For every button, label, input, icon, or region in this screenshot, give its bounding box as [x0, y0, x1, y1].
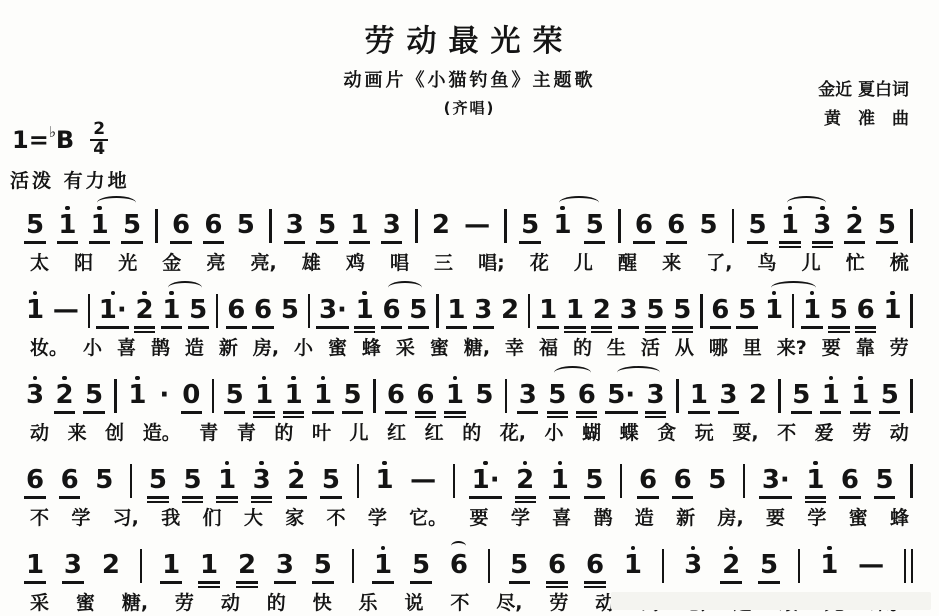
note-glyph: 5	[521, 211, 539, 239]
note-glyph: 5	[409, 296, 427, 324]
note-token: 5	[699, 201, 717, 239]
note-token: 5	[521, 201, 539, 244]
note-token: 6	[635, 201, 653, 244]
note-glyph: 1	[851, 381, 869, 409]
note-token: 6	[548, 541, 566, 588]
note-token: 5	[760, 541, 778, 584]
duration-underline	[605, 411, 638, 414]
lyric-syllable: 造	[185, 333, 204, 360]
duration-underline	[549, 496, 570, 499]
barline	[357, 464, 360, 498]
lyric-syllable: 说	[404, 588, 423, 615]
lyric-syllable: 光	[118, 248, 137, 275]
note-glyph: 1	[551, 466, 569, 494]
lyric-syllable: 大	[244, 503, 263, 530]
barline	[676, 379, 679, 413]
duration-underline	[576, 416, 597, 419]
music-system-3: 3251·05111566153565·31325115动来创造。青青的叶儿红红…	[26, 371, 913, 445]
note-glyph: 2	[516, 466, 534, 494]
note-glyph: 5	[646, 296, 664, 324]
note-glyph: 5	[183, 466, 201, 494]
note-glyph: 5	[749, 211, 767, 239]
barline	[662, 549, 665, 583]
duration-underline	[284, 241, 305, 244]
duration-underline	[720, 581, 741, 584]
note-glyph: 2	[136, 296, 154, 324]
note-glyph: 1	[624, 551, 642, 579]
duration-underline	[251, 496, 272, 499]
duration-underline	[672, 496, 693, 499]
lyric-syllable: 要	[469, 503, 488, 530]
note-token: 1	[539, 286, 557, 329]
note-token: 6	[674, 456, 692, 499]
duration-underline	[161, 326, 182, 329]
note-glyph: 5	[281, 296, 299, 324]
notation-row: 3251·05111566153565·31325115	[26, 371, 913, 417]
note-token: 5	[830, 286, 848, 333]
note-token: 5	[344, 371, 362, 414]
note-glyph: 2	[722, 551, 740, 579]
note-token: —	[53, 286, 79, 324]
note-token: 1	[356, 286, 374, 333]
note-token: 1	[690, 371, 708, 414]
lyric-syllable: 不	[777, 418, 796, 445]
note-token: 6	[26, 456, 44, 499]
barline	[743, 464, 746, 498]
barline	[352, 549, 355, 583]
key-and-meter-row: 1=♭B24	[12, 120, 939, 160]
note-glyph: 5	[475, 381, 493, 409]
note-glyph: 2	[102, 551, 120, 579]
lyric-syllable: 生	[607, 333, 626, 360]
music-system-4: 6655513251—1·2156653·165不学习,我们大家不学它。要学喜鹊…	[26, 456, 913, 530]
note-glyph: —	[53, 296, 79, 324]
note-token: 5	[318, 201, 336, 244]
barline	[505, 379, 508, 413]
barline	[88, 294, 91, 328]
lyric-syllable: 蜜	[849, 503, 868, 530]
note-glyph: —	[410, 466, 436, 494]
music-system-1: 511566535132—51566551325太阳光金亮亮,雄鸡唱三唱;花儿醒…	[26, 201, 913, 275]
duration-underline	[57, 241, 78, 244]
duration-underline	[182, 496, 203, 499]
lyric-syllable: 小	[294, 333, 313, 360]
note-token: 6	[254, 286, 272, 329]
lyric-syllable: 小	[83, 333, 102, 360]
duration-underline	[537, 326, 558, 329]
duration-underline	[618, 326, 639, 329]
duration-underline	[779, 246, 800, 249]
duration-underline	[519, 241, 540, 244]
note-glyph: 3	[383, 211, 401, 239]
note-token: 2	[238, 541, 256, 588]
note-token: —	[464, 201, 490, 239]
duration-underline	[251, 501, 272, 504]
lyric-syllable: 动	[890, 418, 909, 445]
duration-underline	[316, 241, 337, 244]
duration-underline	[236, 586, 257, 589]
note-glyph: 1	[539, 296, 557, 324]
scan-artifact	[611, 592, 931, 610]
duration-underline	[517, 411, 538, 414]
note-glyph: 5	[586, 211, 604, 239]
duration-underline	[444, 416, 465, 419]
duration-underline	[134, 331, 155, 334]
note-token: 5	[281, 286, 299, 324]
lyric-syllable: 的	[462, 418, 481, 445]
note-token: 3	[474, 286, 492, 329]
note-glyph: 6	[711, 296, 729, 324]
duration-underline	[342, 411, 363, 414]
note-glyph: 5	[85, 381, 103, 409]
note-token: 5	[322, 456, 340, 499]
lyric-syllable: 鹊	[151, 333, 170, 360]
note-glyph: 1	[128, 381, 146, 409]
note-glyph: ·	[159, 381, 169, 409]
duration-underline	[876, 241, 897, 244]
lyric-syllable: 活	[641, 333, 660, 360]
lyric-syllable: 亮	[206, 248, 225, 275]
duration-underline	[283, 411, 304, 414]
lyric-syllable: 青	[237, 418, 256, 445]
lyric-syllable: 红	[387, 418, 406, 445]
note-token: 2	[593, 286, 611, 333]
note-token: 5	[475, 371, 493, 409]
note-glyph: 1	[765, 296, 783, 324]
note-token: 5	[149, 456, 167, 503]
lyric-syllable: 青	[199, 418, 218, 445]
note-token: 1	[806, 456, 824, 503]
duration-underline	[24, 241, 45, 244]
note-glyph: 3	[474, 296, 492, 324]
slur-arc	[168, 281, 201, 294]
lyric-syllable: 金	[162, 248, 181, 275]
lyric-syllable: 鹊	[593, 503, 612, 530]
slur-arc	[559, 196, 598, 209]
duration-underline	[855, 331, 876, 334]
duration-underline	[546, 586, 567, 589]
note-token: 6	[841, 456, 859, 499]
lyric-syllable: 动	[221, 588, 240, 615]
lyric-syllable: 贪	[657, 418, 676, 445]
duration-underline	[584, 241, 605, 244]
note-token: 3	[519, 371, 537, 414]
duration-underline	[828, 331, 849, 334]
duration-underline	[147, 496, 168, 499]
barline	[700, 294, 703, 328]
key-signature: 1=♭B24	[12, 121, 108, 159]
duration-underline	[253, 411, 274, 414]
lyric-syllable: 儿	[574, 248, 593, 275]
note-token: 1	[566, 286, 584, 333]
barline	[308, 294, 311, 328]
duration-underline	[381, 326, 402, 329]
duration-underline	[253, 416, 274, 419]
note-token: 3	[383, 201, 401, 244]
note-glyph: 1	[350, 211, 368, 239]
note-glyph: 6	[857, 296, 875, 324]
note-glyph: 6	[204, 211, 222, 239]
note-token: 5	[95, 456, 113, 494]
note-glyph: 6	[172, 211, 190, 239]
note-glyph: 3	[286, 211, 304, 239]
note-token: 3·	[319, 286, 347, 329]
note-glyph: 2	[287, 466, 305, 494]
lyric-syllable: 爱	[815, 418, 834, 445]
lyric-syllable: 采	[30, 588, 49, 615]
duration-underline	[216, 496, 237, 499]
note-token: 6	[416, 371, 434, 418]
notation-row: 511566535132—51566551325	[26, 201, 913, 247]
duration-underline	[236, 581, 257, 584]
duration-underline	[672, 331, 693, 334]
lyric-syllable: 阳	[74, 248, 93, 275]
duration-underline	[591, 331, 612, 334]
duration-underline	[791, 411, 812, 414]
note-glyph: 5	[876, 466, 894, 494]
duration-underline	[547, 416, 568, 419]
lyric-syllable: 蝶	[620, 418, 639, 445]
duration-underline	[718, 411, 739, 414]
note-glyph: 6	[667, 211, 685, 239]
lyric-syllable: 房,	[717, 503, 743, 530]
lyric-syllable: 学	[368, 503, 387, 530]
lyric-syllable: 新	[676, 503, 695, 530]
lyric-syllable: 的	[267, 588, 286, 615]
note-token: 1·	[99, 286, 127, 329]
barline	[114, 379, 117, 413]
lyric-syllable: 要	[766, 503, 785, 530]
song-title: 劳动最光荣	[0, 16, 939, 60]
duration-underline	[316, 326, 349, 329]
duration-underline	[736, 326, 757, 329]
note-glyph: 1	[285, 381, 303, 409]
note-token: 6	[586, 541, 604, 588]
note-glyph: 1	[883, 296, 901, 324]
lyric-syllable: 它。	[409, 503, 447, 530]
lyric-syllable: 采	[396, 333, 415, 360]
note-token: 1	[820, 541, 838, 579]
note-glyph: 3	[647, 381, 665, 409]
barline	[504, 209, 507, 243]
duration-underline	[576, 411, 597, 414]
note-token: 2	[136, 286, 154, 333]
duration-underline	[181, 411, 202, 414]
duration-underline	[312, 411, 333, 414]
barline	[453, 464, 456, 498]
lyric-syllable: 红	[425, 418, 444, 445]
duration-underline	[820, 411, 841, 414]
duration-underline	[226, 326, 247, 329]
lyric-syllable: 造。	[143, 418, 181, 445]
note-glyph: 6	[416, 381, 434, 409]
duration-underline	[312, 581, 333, 584]
duration-underline	[779, 241, 800, 244]
duration-underline	[801, 326, 822, 329]
lyric-syllable: 快	[313, 588, 332, 615]
lyric-syllable: 蜜	[430, 333, 449, 360]
lyric-syllable: 小	[545, 418, 564, 445]
lyric-syllable: 醒	[618, 248, 637, 275]
note-glyph: 1	[200, 551, 218, 579]
lyric-syllable: 蜜	[76, 588, 95, 615]
note-glyph: 5	[830, 296, 848, 324]
note-token: 5	[183, 456, 201, 503]
barline	[140, 549, 143, 583]
note-glyph: 3	[253, 466, 271, 494]
lyric-syllable: 福	[539, 333, 558, 360]
duration-underline	[564, 326, 585, 329]
lyric-syllable: 蜜	[328, 333, 347, 360]
duration-underline	[203, 241, 224, 244]
lyric-syllable: 耍,	[732, 418, 758, 445]
note-glyph: 5	[226, 381, 244, 409]
note-glyph: 6	[227, 296, 245, 324]
note-glyph: 3	[684, 551, 702, 579]
slur-arc	[617, 366, 660, 379]
note-glyph: 1	[314, 381, 332, 409]
lyric-syllable: 鸟	[758, 248, 777, 275]
lyric-syllable: 喜	[117, 333, 136, 360]
note-glyph: 6	[26, 466, 44, 494]
note-glyph: 5	[344, 381, 362, 409]
lyric-syllable: 蝴	[582, 418, 601, 445]
note-token: —	[410, 456, 436, 494]
lyric-syllable: 乐	[359, 588, 378, 615]
note-token: 1	[285, 371, 303, 418]
flat-sign: ♭	[49, 123, 56, 141]
note-token: 6	[227, 286, 245, 329]
lyric-syllable: 造	[635, 503, 654, 530]
note-glyph: 0	[182, 381, 200, 409]
barline	[269, 209, 272, 243]
note-token: 2	[516, 456, 534, 503]
lyric-syllable: 妆。	[30, 333, 68, 360]
duration-underline	[584, 496, 605, 499]
duration-underline	[160, 581, 181, 584]
note-glyph: 1	[26, 551, 44, 579]
note-token: 1	[218, 456, 236, 503]
note-glyph: 2	[846, 211, 864, 239]
meter-denominator: 4	[90, 141, 108, 159]
note-token: 3	[64, 541, 82, 584]
note-glyph: 1	[806, 466, 824, 494]
lyric-syllable: 忙	[846, 248, 865, 275]
note-glyph: 3	[26, 381, 44, 409]
lyric-syllable: 喜	[552, 503, 571, 530]
duration-underline	[546, 581, 567, 584]
note-token: 6	[711, 286, 729, 329]
note-glyph: 6	[450, 551, 468, 579]
lyric-syllable: 劳	[175, 588, 194, 615]
note-glyph: 5	[673, 296, 691, 324]
lyric-syllable: 花	[530, 248, 549, 275]
lyric-syllable: 儿	[802, 248, 821, 275]
lyrics-row: 不学习,我们大家不学它。要学喜鹊造新房,要学蜜蜂	[26, 503, 913, 530]
lyric-syllable: 不	[327, 503, 346, 530]
note-glyph: 5	[878, 211, 896, 239]
duration-underline	[121, 241, 142, 244]
lyric-syllable: 学	[807, 503, 826, 530]
duration-underline	[564, 331, 585, 334]
duration-underline	[688, 411, 709, 414]
barline	[436, 294, 439, 328]
duration-underline	[96, 326, 129, 329]
note-glyph: 2	[432, 211, 450, 239]
duration-underline	[645, 411, 666, 414]
note-token: 6	[204, 201, 222, 244]
barline	[155, 209, 158, 243]
duration-underline	[354, 331, 375, 334]
note-glyph: 5	[123, 211, 141, 239]
note-token: 1	[350, 201, 368, 244]
note-glyph: 1	[690, 381, 708, 409]
slur-arc	[771, 281, 815, 294]
duration-underline	[62, 581, 83, 584]
duration-underline	[83, 411, 104, 414]
duration-underline	[633, 241, 654, 244]
note-glyph: 5	[149, 466, 167, 494]
duration-underline	[758, 581, 779, 584]
note-token: 1	[822, 371, 840, 414]
note-token: 2	[501, 286, 519, 324]
lyric-syllable: 糖,	[122, 588, 148, 615]
lyric-syllable: 梳	[890, 248, 909, 275]
duration-underline	[134, 326, 155, 329]
lyric-syllable: 了,	[706, 248, 732, 275]
note-glyph: 1	[162, 296, 180, 324]
note-glyph: 5	[510, 551, 528, 579]
note-token: 3	[253, 456, 271, 503]
duration-underline	[645, 326, 666, 329]
note-glyph: 6	[61, 466, 79, 494]
note-glyph: 5	[548, 381, 566, 409]
notation-row: 1—1·2156653·1651321123556511561	[26, 286, 913, 332]
note-token: 5	[26, 201, 44, 244]
note-token: 1	[376, 456, 394, 494]
barline	[373, 379, 376, 413]
note-glyph: 1	[553, 211, 571, 239]
duration-underline	[666, 241, 687, 244]
lyric-syllable: 劳	[852, 418, 871, 445]
notation-row: 6655513251—1·2156653·165	[26, 456, 913, 502]
lyric-syllable: 来	[68, 418, 87, 445]
duration-underline	[59, 496, 80, 499]
note-token: 5	[314, 541, 332, 584]
note-glyph: 3	[620, 296, 638, 324]
lyric-syllable: 玩	[695, 418, 714, 445]
lyric-syllable: 不	[450, 588, 469, 615]
barline	[798, 549, 801, 583]
lyric-syllable: 哪	[709, 333, 728, 360]
note-token: 1	[447, 286, 465, 329]
duration-underline	[349, 241, 370, 244]
note-glyph: 5	[322, 466, 340, 494]
key-prefix: 1=	[12, 126, 49, 154]
duration-underline	[759, 496, 792, 499]
duration-underline	[645, 331, 666, 334]
note-token: 2	[749, 371, 767, 409]
lyric-syllable: 亮,	[250, 248, 276, 275]
duration-underline	[874, 496, 895, 499]
duration-underline	[54, 411, 75, 414]
duration-underline	[637, 496, 658, 499]
note-token: 6	[387, 371, 405, 414]
note-token: 1	[551, 456, 569, 499]
note-token: 3	[620, 286, 638, 329]
note-glyph: 1	[781, 211, 799, 239]
note-token: 5	[708, 456, 726, 494]
